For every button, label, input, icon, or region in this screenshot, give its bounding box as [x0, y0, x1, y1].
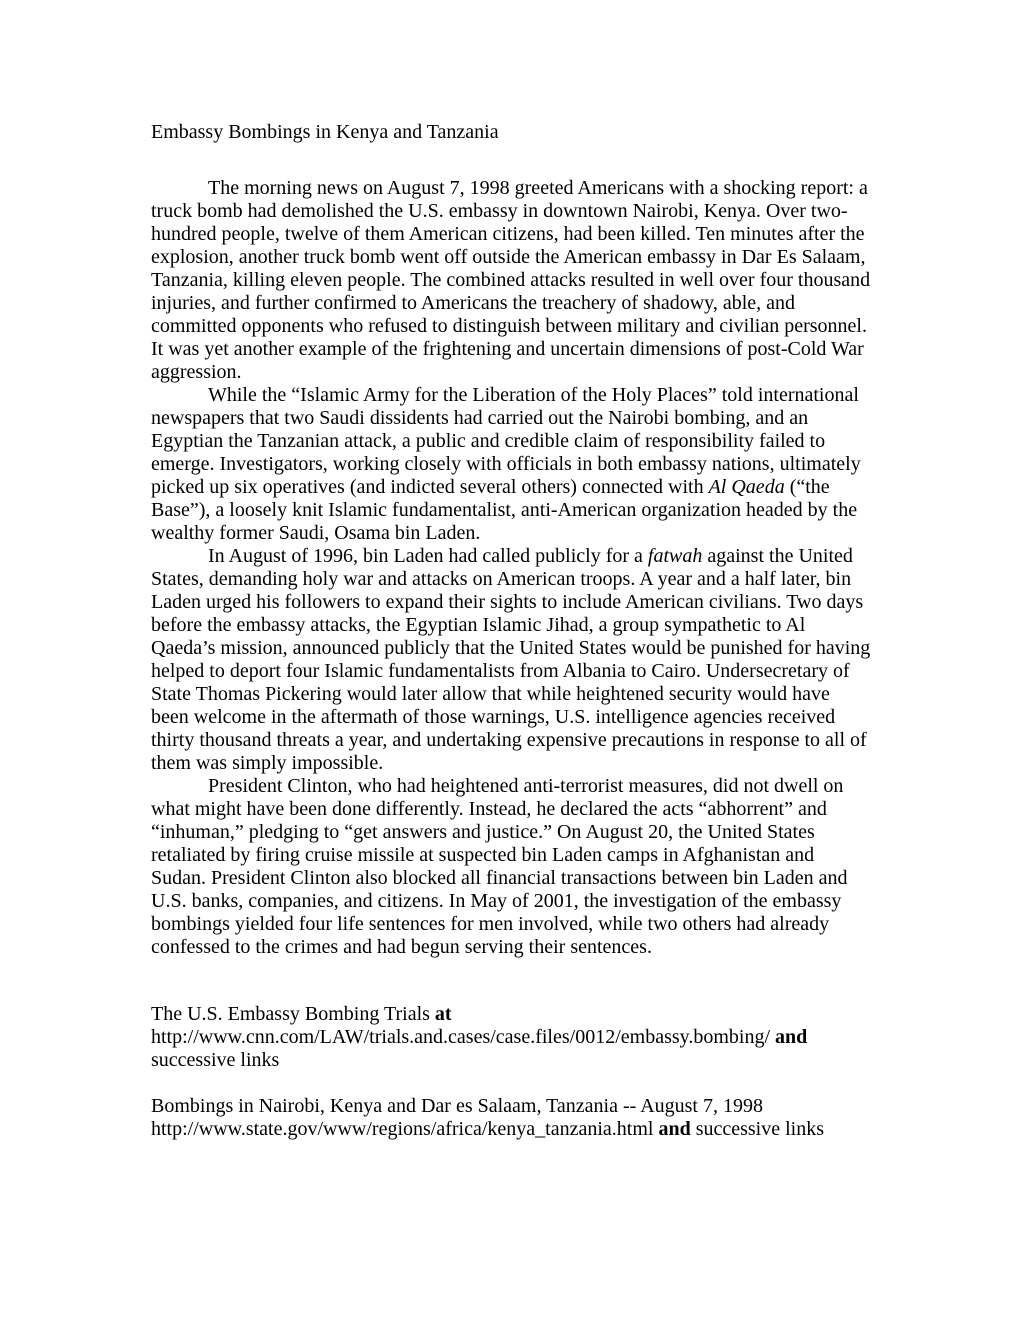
text-run: and: [775, 1026, 807, 1048]
text-run: Al Qaeda: [709, 476, 785, 498]
text-run: successive links: [691, 1118, 824, 1140]
reference-list: The U.S. Embassy Bombing Trials at http:…: [151, 1003, 871, 1141]
reference-entry: Bombings in Nairobi, Kenya and Dar es Sa…: [151, 1095, 871, 1141]
text-run: successive links: [151, 1049, 279, 1071]
reference-entry: The U.S. Embassy Bombing Trials at http:…: [151, 1003, 871, 1072]
text-run: against the United States, demanding hol…: [151, 545, 870, 774]
text-run: President Clinton, who had heightened an…: [151, 775, 847, 958]
text-run: The U.S. Embassy Bombing Trials: [151, 1003, 435, 1025]
body-paragraph: President Clinton, who had heightened an…: [151, 775, 871, 959]
body-paragraph: While the “Islamic Army for the Liberati…: [151, 384, 871, 545]
text-run: http://www.cnn.com/LAW/trials.and.cases/…: [151, 1026, 775, 1048]
text-run: fatwah: [648, 545, 702, 567]
body-paragraph: In August of 1996, bin Laden had called …: [151, 545, 871, 775]
document-page: Embassy Bombings in Kenya and Tanzania T…: [151, 121, 871, 1141]
text-run: at: [435, 1003, 452, 1025]
text-run: In August of 1996, bin Laden had called …: [208, 545, 648, 567]
body-paragraph: The morning news on August 7, 1998 greet…: [151, 177, 871, 384]
text-run: The morning news on August 7, 1998 greet…: [151, 177, 870, 383]
document-body: The morning news on August 7, 1998 greet…: [151, 177, 871, 959]
text-run: and: [658, 1118, 690, 1140]
document-title: Embassy Bombings in Kenya and Tanzania: [151, 121, 871, 144]
